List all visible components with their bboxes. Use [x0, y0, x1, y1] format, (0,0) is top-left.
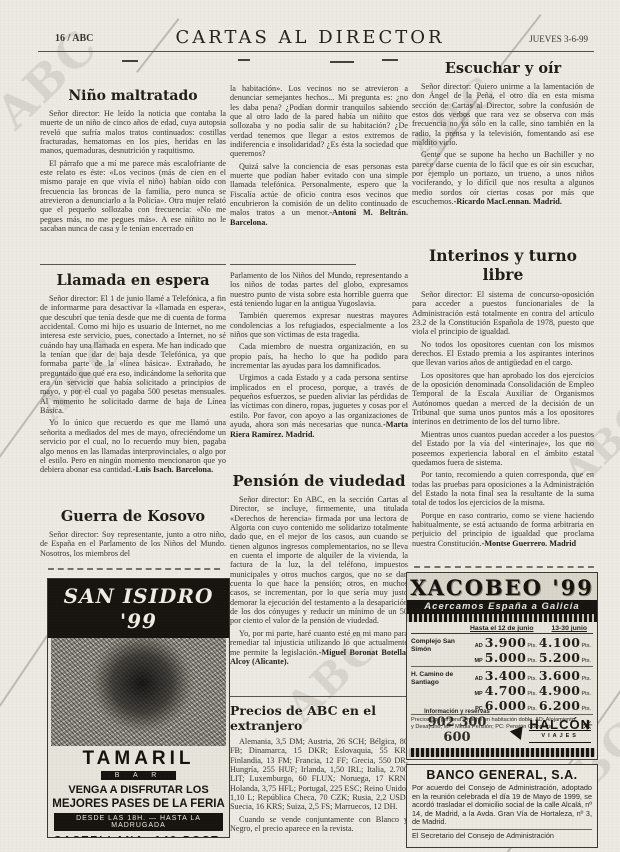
price-b: 4.100 — [539, 635, 581, 650]
letter-body-nino: Señor director: He leído la noticia que … — [40, 109, 226, 262]
rate-line: AD 3.400Pts. 3.600Pts. — [469, 668, 593, 683]
currency-label: Pts. — [527, 658, 536, 664]
notice-body: Por acuerdo del Consejo de Administració… — [412, 784, 592, 827]
hotel-rates: AD 3.900Pts. 4.100Pts. MP 5.000Pts. 5.20… — [469, 635, 593, 665]
rate-line: MP 5.000Pts. 5.200Pts. — [469, 650, 593, 665]
letter-kosovo: Guerra de Kosovo Señor director: Soy rep… — [40, 508, 226, 564]
fold-dash — [382, 59, 398, 61]
price-a: 4.700 — [485, 683, 527, 698]
divider-rule — [40, 264, 226, 265]
board-label: AD — [475, 676, 483, 682]
paragraph: Parlamento de los Niños del Mundo, repre… — [230, 271, 408, 308]
price-table: Hasta el 12 de junio 13-30 junio Complej… — [411, 624, 593, 715]
paragraph: También queremos expresar nuestras mayor… — [230, 311, 408, 339]
advert-xacobeo: XACOBEO '99 Acercamos España a Galicia H… — [406, 572, 598, 760]
paragraph: El párrafo que a mí me parece más escalo… — [40, 159, 226, 234]
halcon-wordmark: HALCÓNVIAJES — [529, 719, 591, 743]
currency-label: Pts. — [582, 658, 591, 664]
advert-header: SAN ISIDRO '99 — [48, 579, 229, 638]
column-header-b: 13-30 junio — [551, 625, 587, 632]
advert-photo — [51, 638, 226, 746]
letter-interinos: Interinos y turno libre Señor director: … — [412, 246, 594, 584]
hotel-name: Complejo San Simón — [411, 635, 469, 665]
paragraph: Señor director: Soy representante, junto… — [40, 530, 226, 558]
paragraph: Yo, por mi parte, haré cuanto esté en mi… — [230, 629, 408, 666]
board-label: MP — [474, 658, 482, 664]
board-label: MP — [474, 691, 482, 697]
prices-body: Alemania, 3,5 DM; Austria, 26 SCH; Bélgi… — [230, 737, 408, 852]
paragraph: Señor director: El sistema de concurso-o… — [412, 290, 594, 337]
letter-body-llamada: Señor director: El 1 de junio llamé a Te… — [40, 294, 226, 508]
letter-title-pension: Pensión de viudedad — [230, 472, 408, 490]
advert-slogan-line2: MEJORES PASES DE LA FERIA — [48, 798, 229, 810]
price-b: 6.200 — [539, 698, 581, 713]
price-b: 5.200 — [539, 650, 581, 665]
currency-label: Pts. — [527, 706, 536, 712]
venue-type: B A R — [101, 771, 177, 780]
currency-label: Pts. — [527, 643, 536, 649]
paragraph: Señor director: He leído la noticia que … — [40, 109, 226, 156]
price-b: 3.600 — [539, 668, 581, 683]
halcon-brand: HALCÓNVIAJES — [512, 719, 591, 743]
signature: -Luis Isach. Barcelona. — [133, 465, 213, 474]
letter-title-interinos: Interinos y turno libre — [412, 246, 594, 284]
paragraph: Señor director: En ABC, en la sección Ca… — [230, 495, 408, 626]
letter-body-kosovo-cont: Parlamento de los Niños del Mundo, repre… — [230, 271, 408, 467]
divider-rule — [230, 696, 408, 697]
paragraph: Alemania, 3,5 DM; Austria, 26 SCH; Bélgi… — [230, 737, 408, 812]
notice-signer: El Secretario del Consejo de Administrac… — [412, 829, 592, 840]
currency-label: Pts. — [582, 706, 591, 712]
paragraph-text: Urgimos a cada Estado y a cada persona s… — [230, 373, 408, 429]
header-rule — [38, 51, 594, 52]
signature: -Ricardo MacLennan. Madrid. — [454, 197, 562, 206]
phone-number: 902 300 600 — [415, 715, 499, 745]
letter-llamada: Llamada en espera Señor director: El 1 d… — [40, 272, 226, 508]
table-row: Complejo San Simón AD 3.900Pts. 4.100Pts… — [411, 634, 593, 667]
fold-dash — [122, 60, 138, 62]
section-title: CARTAS AL DIRECTOR — [0, 27, 620, 48]
halcon-bird-icon — [510, 722, 528, 740]
venue-name: TAMARIL — [48, 748, 229, 770]
advert-bottom-strip — [409, 748, 595, 757]
column-3: Escuchar y oír Señor director: Quiero un… — [412, 60, 594, 244]
paragraph: Urgimos a cada Estado y a cada persona s… — [230, 373, 408, 438]
paragraph: Quizá salve la conciencia de esas person… — [230, 162, 408, 227]
advert-subtitle: Acercamos España a Galicia — [407, 600, 597, 614]
column-1: Niño maltratado Señor director: He leído… — [40, 88, 226, 262]
letter-pension: Pensión de viudedad Señor director: En A… — [230, 472, 408, 693]
rate-line: AD 3.900Pts. 4.100Pts. — [469, 635, 593, 650]
paragraph: Porque en caso contrario, como se viene … — [412, 511, 594, 548]
paragraph: Señor director: Quiero unirme a la lamen… — [412, 82, 594, 147]
brand-name: HALCÓN — [529, 717, 591, 732]
fold-dash — [238, 59, 250, 61]
issue-date: JUEVES 3-6-99 — [529, 34, 588, 44]
advert-title: XACOBEO '99 — [407, 573, 597, 600]
reservations-block: Información y reservas 902 300 600 — [415, 709, 499, 745]
advert-header-text: SAN ISIDRO '99 — [64, 584, 214, 633]
opening-hours: DESDE LAS 18H. — HASTA LA MADRUGADA — [54, 813, 223, 831]
advert-tamaril: SAN ISIDRO '99 TAMARIL B A R VENGA A DIS… — [47, 578, 230, 838]
letter-title-llamada: Llamada en espera — [40, 272, 226, 289]
paragraph: Los opositores que han aprobado los dos … — [412, 371, 594, 427]
letter-body-pension: Señor director: En ABC, en la sección Ca… — [230, 495, 408, 693]
letter-title-nino: Niño maltratado — [40, 88, 226, 104]
prices-title: Precios de ABC en el extranjero — [230, 703, 408, 733]
price-table-header: Hasta el 12 de junio 13-30 junio — [411, 624, 593, 634]
banco-general-notice: BANCO GENERAL, S.A. Por acuerdo del Cons… — [406, 764, 598, 848]
letter-kosovo-cont: Parlamento de los Niños del Mundo, repre… — [230, 271, 408, 467]
column-header-a: Hasta el 12 de junio — [470, 625, 533, 632]
table-row: H. Camino de Santiago AD 3.400Pts. 3.600… — [411, 667, 593, 715]
letter-title-kosovo: Guerra de Kosovo — [40, 508, 226, 525]
paragraph: la habitación». Los vecinos no se atrevi… — [230, 84, 408, 159]
fold-dash — [330, 61, 354, 63]
currency-label: Pts. — [582, 691, 591, 697]
paragraph: Mientras unos cuantos puedan acceder a l… — [412, 430, 594, 467]
letter-title-escuchar: Escuchar y oír — [412, 60, 594, 77]
newspaper-page: ABC ABC ABC ABC ABC ABC 16 / ABC CARTAS … — [0, 0, 620, 852]
prices-section: Precios de ABC en el extranjero Alemania… — [230, 703, 408, 852]
currency-label: Pts. — [527, 676, 536, 682]
paragraph: No todos los opositores cuentan con los … — [412, 340, 594, 368]
paragraph: Yo lo único que recuerdo es que me llamó… — [40, 418, 226, 474]
hotel-name: H. Camino de Santiago — [411, 668, 469, 713]
column-2: la habitación». Los vecinos no se atrevi… — [230, 84, 408, 260]
currency-label: Pts. — [527, 691, 536, 697]
rate-line: MP 4.700Pts. 4.900Pts. — [469, 683, 593, 698]
advert-slogan-line1: VENGA A DISFRUTAR LOS — [48, 784, 229, 796]
letter-body-interinos: Señor director: El sistema de concurso-o… — [412, 290, 594, 584]
paragraph: Cada miembro de nuestra organización, en… — [230, 342, 408, 370]
paragraph: Señor director: El 1 de junio llamé a Te… — [40, 294, 226, 415]
divider-dashes — [48, 568, 220, 570]
letter-body-nino-cont: la habitación». Los vecinos no se atrevi… — [230, 84, 408, 260]
price-a: 3.900 — [485, 635, 527, 650]
hotel-rates: AD 3.400Pts. 3.600Pts. MP 4.700Pts. 4.90… — [469, 668, 593, 713]
currency-label: Pts. — [582, 643, 591, 649]
price-a: 5.000 — [485, 650, 527, 665]
paragraph: Gente que se supone ha hecho un Bachille… — [412, 150, 594, 206]
price-a: 3.400 — [485, 668, 527, 683]
price-b: 4.900 — [539, 683, 581, 698]
paragraph: Cuando se vende conjuntamente con Blanco… — [230, 815, 408, 834]
letter-body-kosovo: Señor director: Soy representante, junto… — [40, 530, 226, 564]
venue-address: CASTELLANA, 149 POST. — [48, 834, 229, 838]
notice-title: BANCO GENERAL, S.A. — [412, 768, 592, 782]
letter-body-escuchar: Señor director: Quiero unirme a la lamen… — [412, 82, 594, 244]
paragraph: Por tanto, recomiendo a quien correspond… — [412, 470, 594, 507]
board-label: AD — [475, 643, 483, 649]
advert-strip — [407, 614, 597, 622]
divider-dashes — [414, 566, 594, 568]
signature: -Montse Guerrero. Madrid — [482, 539, 577, 548]
divider-rule — [230, 264, 356, 265]
currency-label: Pts. — [582, 676, 591, 682]
